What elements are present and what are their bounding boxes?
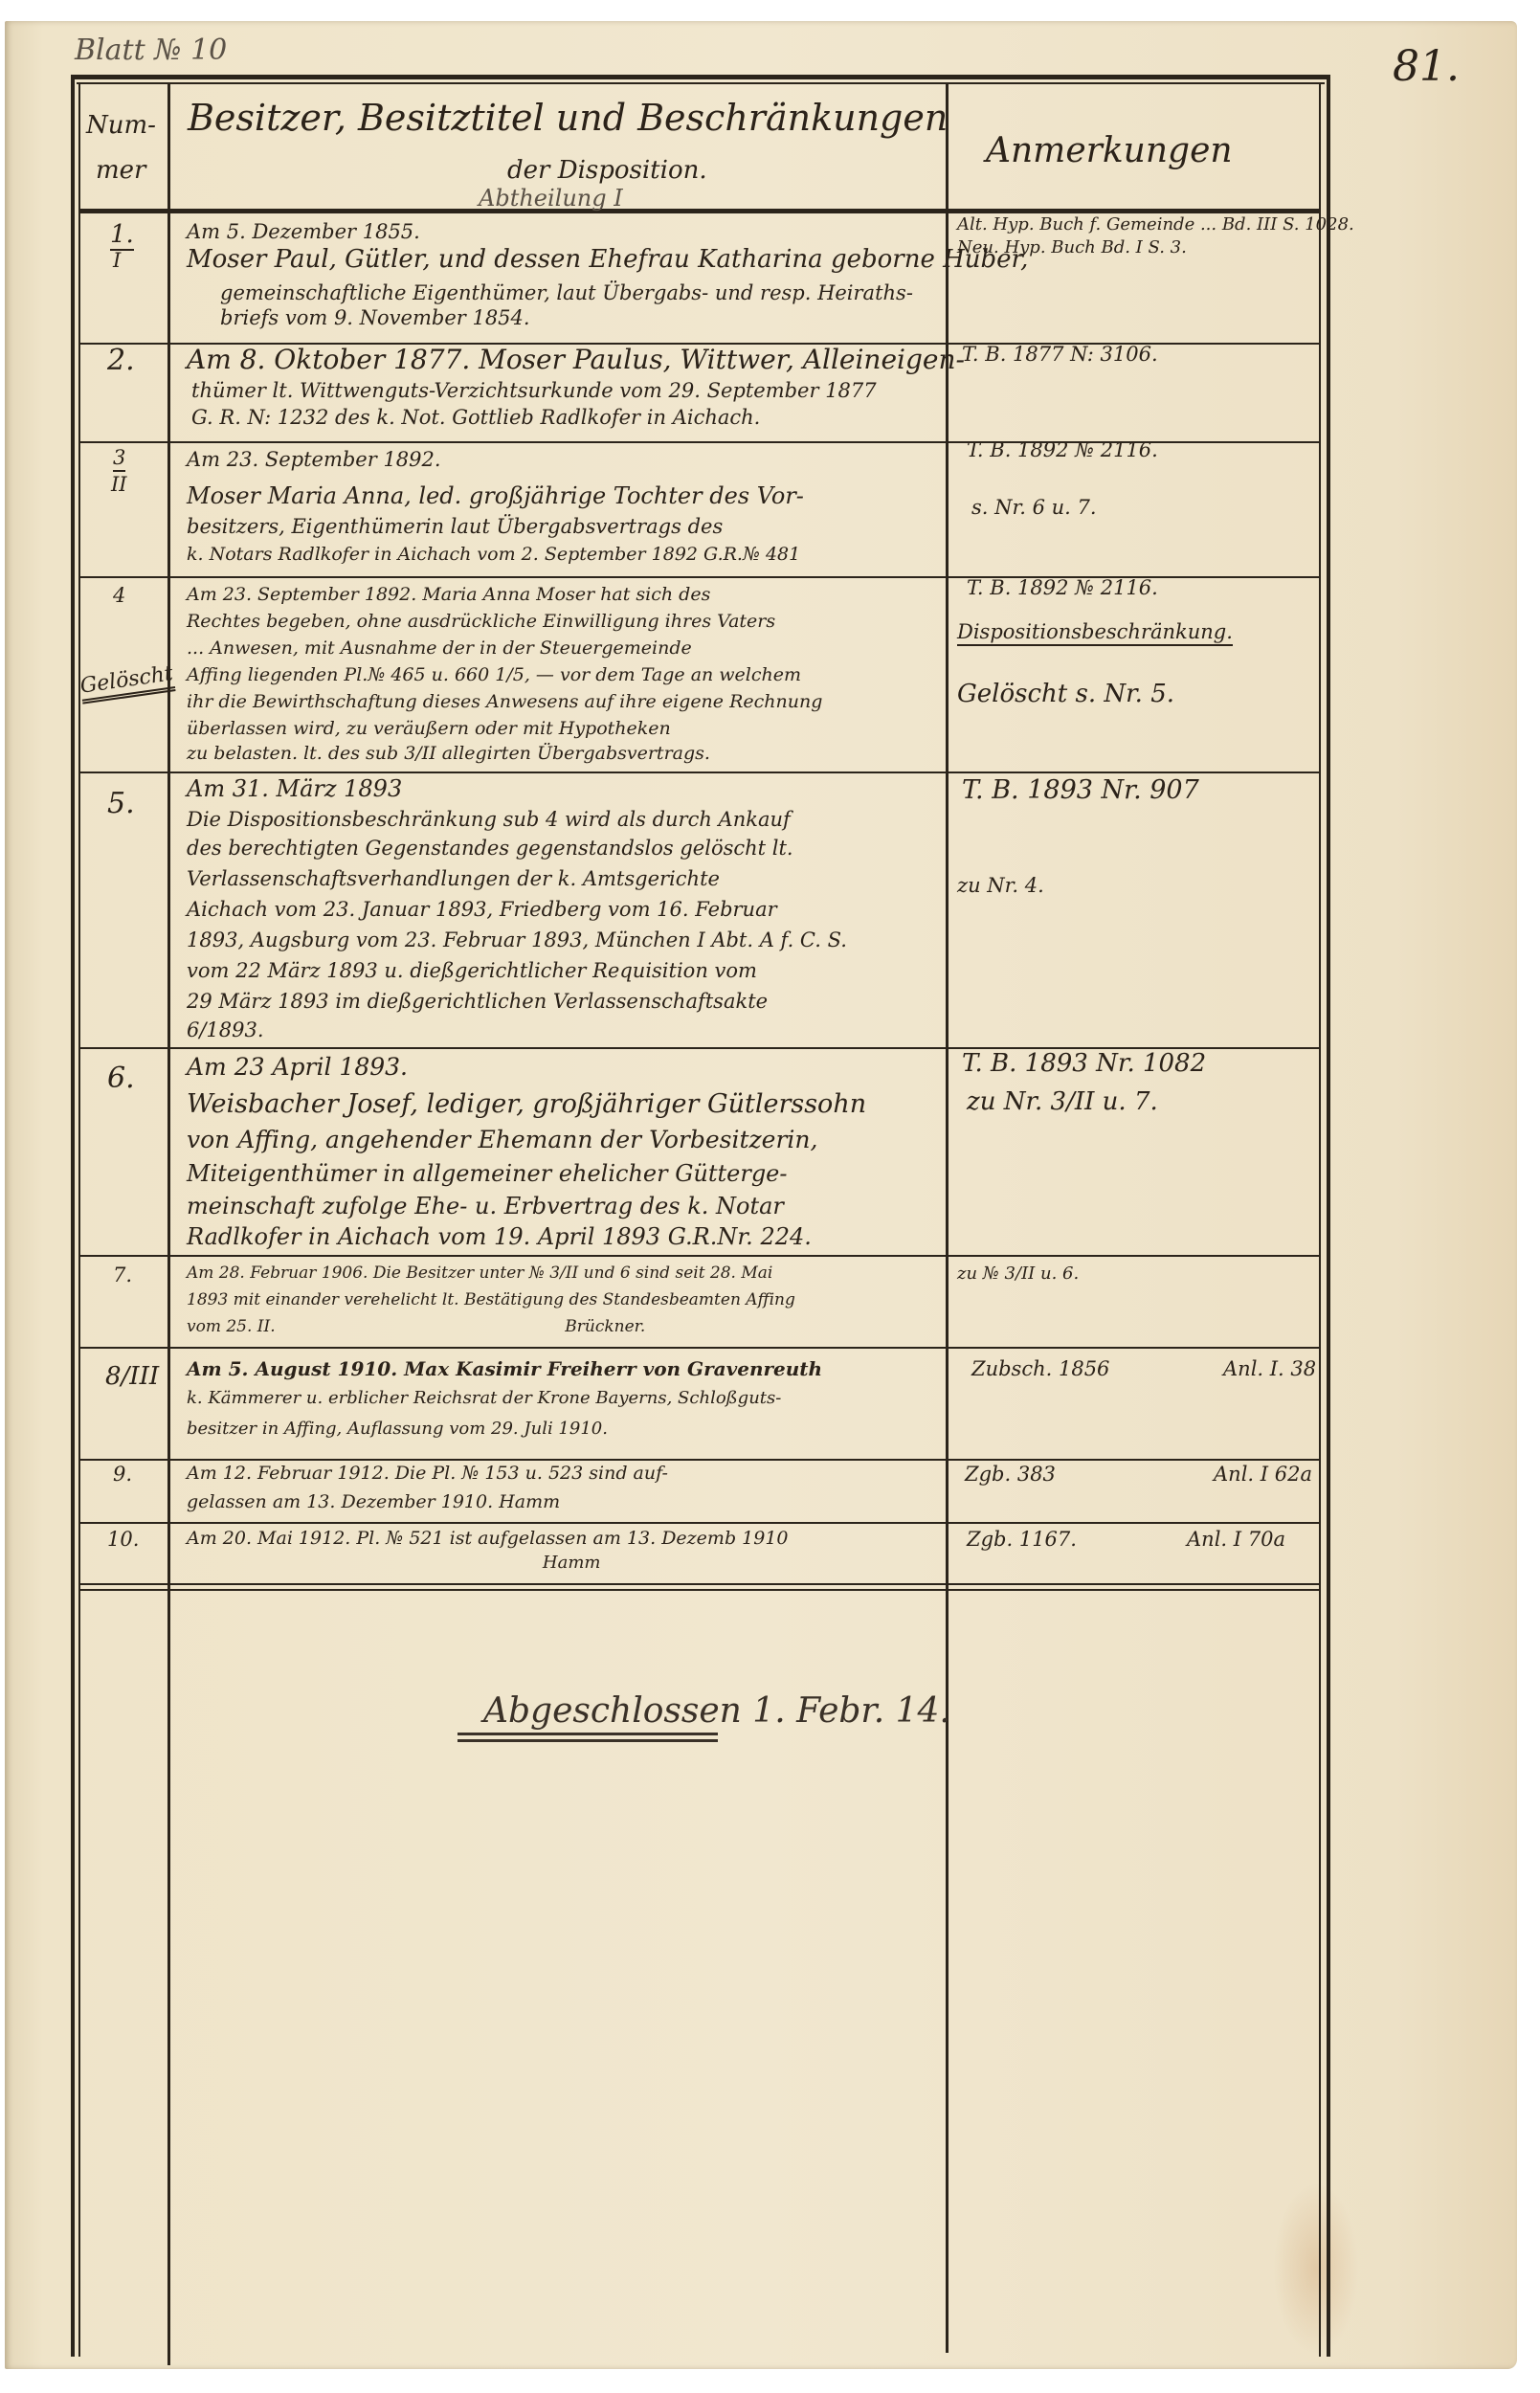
entry-line: gelassen am 13. Dezember 1910. Hamm [187,1493,560,1511]
entry-note: Alt. Hyp. Buch f. Gemeinde ... Bd. III S… [957,216,1354,234]
entry-line: gemeinschaftliche Eigenthümer, laut Über… [220,283,913,303]
entry-note: zu Nr. 3/II u. 7. [967,1089,1158,1114]
entry-line: Am 31. März 1893 [187,777,402,800]
column-divider-number [167,82,170,2365]
table-left-border [71,75,75,2357]
entry-line: des berechtigten Gegenstandes gegenstand… [187,839,793,859]
entry-line: ... Anwesen, mit Ausnahme der in der Ste… [187,639,692,658]
row-separator [80,1459,1321,1461]
entry-note: Dispositionsbeschränkung. [957,622,1233,646]
header-notes-column: Anmerkungen [986,134,1233,168]
sheet-label: Blatt № 10 [75,36,227,65]
table-left-inner [78,82,80,2357]
table-top-inner [77,82,1325,84]
entry-line: meinschaft zufolge Ehe- u. Erbvertrag de… [187,1195,784,1218]
entry-note: T. B. 1893 Nr. 907 [962,777,1199,803]
entry-note: Neu. Hyp. Buch Bd. I S. 3. [957,239,1187,257]
entry-line: Weisbacher Josef, lediger, großjähriger … [187,1091,866,1117]
entry-line: k. Notars Radlkofer in Aichach vom 2. Se… [187,546,800,564]
header-number-line1: Num- [86,113,156,138]
closing-underline [458,1739,718,1742]
entry-line: besitzers, Eigenthümerin laut Übergabsve… [187,517,723,537]
header-bottom-border [80,209,1321,213]
entry-note: Zgb. 1167. [967,1530,1077,1550]
entry-line: k. Kämmerer u. erblicher Reichsrat der K… [187,1390,781,1407]
entry-number: 2. [107,347,135,375]
row-separator [80,1347,1321,1349]
entry-note: Zgb. 383 [965,1465,1056,1485]
entry-line: 6/1893. [187,1020,264,1040]
entry-note: T. B. 1893 Nr. 1082 [962,1051,1206,1076]
entry-line: Moser Maria Anna, led. großjährige Tocht… [187,484,804,507]
table-right-border [1327,75,1330,2357]
entry-number: 1. [110,222,134,251]
entry-line: Verlassenschaftsverhandlungen der k. Amt… [187,869,720,889]
entry-line: vom 22 März 1893 u. dießgerichtlicher Re… [187,961,757,981]
entry-note: T. B. 1877 N: 3106. [962,345,1158,365]
entry-line: briefs vom 9. November 1854. [220,308,530,328]
entry-note: T. B. 1892 № 2116. [967,440,1158,460]
entry-line: G. R. N: 1232 des k. Not. Gottlieb Radlk… [191,408,760,428]
entry-line: Am 23. September 1892. Maria Anna Moser … [187,586,710,604]
entry-line: Am 23. September 1892. [187,450,441,470]
closing-note: Abgeschlossen 1. Febr. 14. [483,1694,950,1729]
entry-line: Die Dispositionsbeschränkung sub 4 wird … [187,810,791,830]
row-separator-double-bottom [80,1589,1321,1591]
entry-number: 8/III [105,1364,159,1389]
entry-note: Zubsch. 1856 [971,1359,1109,1379]
entry-line: Aichach vom 23. Januar 1893, Friedberg v… [187,900,777,920]
table-right-inner [1319,82,1321,2357]
row-separator [80,1522,1321,1524]
entry-line: von Affing, angehender Ehemann der Vorbe… [187,1128,817,1152]
entry-note: s. Nr. 6 u. 7. [971,498,1097,518]
entry-number: 5. [107,790,135,818]
entry-note: Gelöscht s. Nr. 5. [957,682,1174,706]
header-section-label: Abtheilung I [479,187,623,210]
paper-stain [1273,2182,1359,2355]
table-top-border [71,75,1330,79]
row-separator [80,1255,1321,1257]
entry-line: Rechtes begeben, ohne ausdrückliche Einw… [187,613,775,631]
entry-line: besitzer in Affing, Auflassung vom 29. J… [187,1420,608,1438]
header-main-title: Besitzer, Besitztitel und Beschränkungen [188,100,948,136]
entry-number: 3 [113,448,125,472]
entry-section: II [111,475,127,495]
entry-line: 29 März 1893 im dießgerichtlichen Verlas… [187,992,768,1012]
entry-line: vom 25. II. Brückner. [187,1319,645,1335]
entry-note-annex: Anl. I 70a [1187,1530,1285,1550]
entry-number: 7. [113,1265,132,1286]
entry-line: Moser Paul, Gütler, und dessen Ehefrau K… [187,247,1028,272]
row-separator-double-top [80,1583,1321,1585]
entry-note-annex: Anl. I 62a [1214,1465,1312,1485]
entry-number: 10. [107,1530,139,1550]
entry-line: Hamm [187,1554,600,1572]
entry-line: 1893 mit einander verehelicht lt. Bestät… [187,1292,795,1308]
entry-note-annex: Anl. I. 38 [1223,1359,1316,1379]
entry-section: I [113,251,121,271]
entry-note: zu № 3/II u. 6. [957,1265,1079,1283]
column-divider-notes [946,82,949,2353]
entry-note: T. B. 1892 № 2116. [967,578,1158,598]
entry-number: 6. [107,1064,135,1093]
entry-number: 9. [113,1465,132,1485]
entry-line: zu belasten. lt. des sub 3/II allegirten… [187,745,710,763]
entry-line: Miteigenthümer in allgemeiner ehelicher … [187,1162,788,1185]
entry-line: Radlkofer in Aichach vom 19. April 1893 … [187,1225,812,1248]
entry-line: ihr die Bewirthschaftung dieses Anwesens… [187,693,822,711]
entry-line: Am 28. Februar 1906. Die Besitzer unter … [187,1265,772,1282]
header-number-line2: mer [96,158,145,183]
entry-line: 1893, Augsburg vom 23. Februar 1893, Mün… [187,930,847,950]
page-number: 81. [1393,46,1460,88]
entry-line: Am 8. Oktober 1877. Moser Paulus, Wittwe… [187,347,965,373]
entry-line: Am 5. Dezember 1855. [187,222,420,242]
entry-line: Am 12. Februar 1912. Die Pl. № 153 u. 52… [187,1465,668,1483]
entry-line: überlassen wird, zu veräußern oder mit H… [187,720,671,738]
entry-line: Affing liegenden Pl.№ 465 u. 660 1/5, — … [187,666,801,684]
header-main-subtitle: der Disposition. [507,158,707,183]
closing-underline [458,1733,718,1735]
entry-line: thümer lt. Wittwenguts-Verzichtsurkunde … [191,381,877,401]
entry-number: 4 [113,586,125,606]
entry-note: zu Nr. 4. [957,876,1044,896]
entry-line: Am 5. August 1910. Max Kasimir Freiherr … [187,1359,822,1378]
row-separator [80,772,1321,773]
entry-line: Am 23 April 1893. [187,1055,408,1079]
entry-line: Am 20. Mai 1912. Pl. № 521 ist aufgelass… [187,1530,789,1548]
